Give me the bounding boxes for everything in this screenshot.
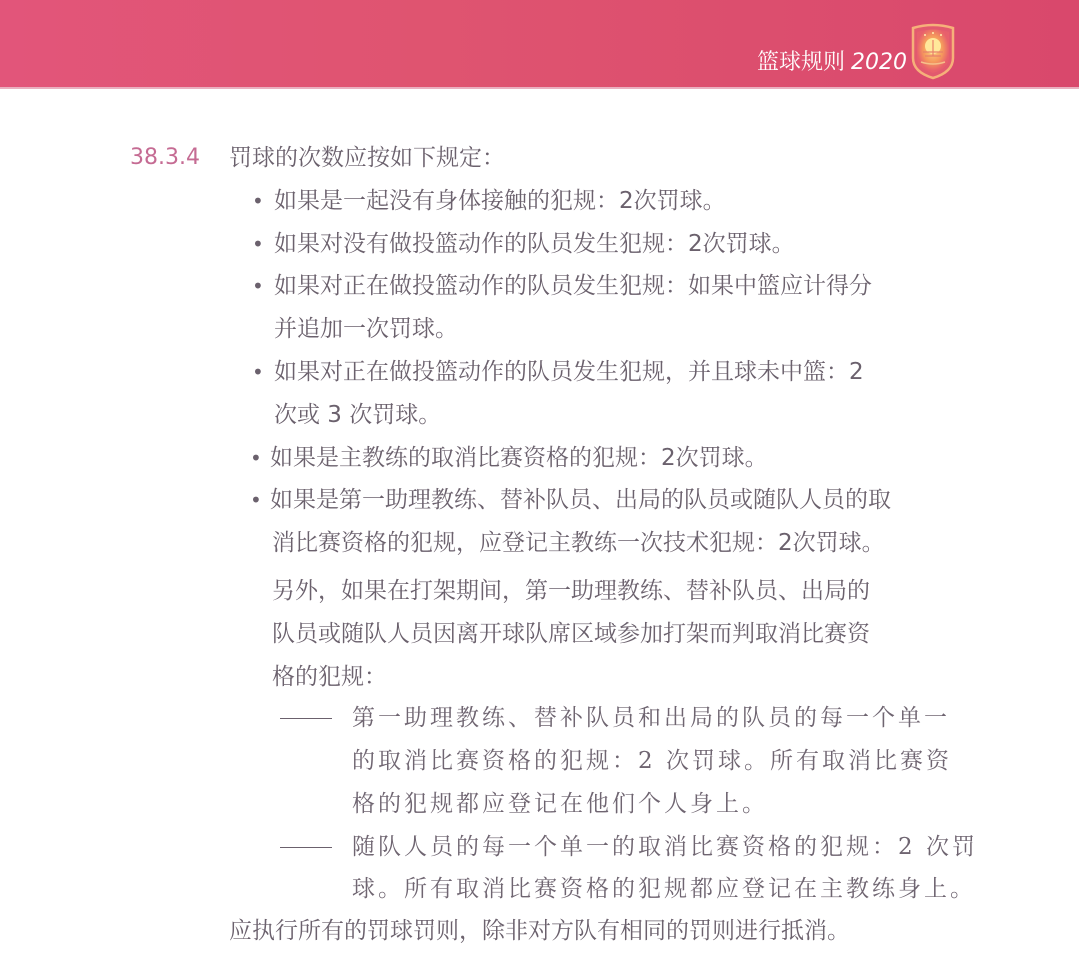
bullet-item-5-line-1: 如果是主教练的取消比赛资格的犯规：2次罚球。 [270, 443, 768, 473]
basketball-rules-badge-icon [909, 22, 957, 80]
bullet-item-4-line-2: 次或 3 次罚球。 [274, 400, 441, 430]
em-dash [280, 847, 332, 848]
book-title-text: 篮球规则 [757, 50, 845, 75]
bullet-item-6-line-1: 如果是第一助理教练、替补队员、出局的队员或随队人员的取 [270, 485, 891, 515]
dash-item-1-line-2: 的取消比赛资格的犯规：2 次罚球。所有取消比赛资 [352, 746, 952, 776]
bullet-item-2-line-1: 如果对没有做投篮动作的队员发生犯规：2次罚球。 [274, 229, 795, 259]
page-header: 篮球规则2020 [0, 0, 1079, 89]
additional-line-3: 格的犯规： [272, 662, 387, 692]
dash-item-1-line-1: 第一助理教练、替补队员和出局的队员的每一个单一 [352, 703, 950, 733]
bullet-dot: • [250, 443, 262, 473]
em-dash [280, 718, 332, 719]
dash-item-2-line-1: 随队人员的每一个单一的取消比赛资格的犯规：2 次罚 [352, 832, 978, 862]
additional-line-1: 另外，如果在打架期间，第一助理教练、替补队员、出局的 [272, 576, 870, 606]
bullet-item-1-line-1: 如果是一起没有身体接触的犯规：2次罚球。 [274, 186, 726, 216]
closing-sentence: 应执行所有的罚球罚则，除非对方队有相同的罚则进行抵消。 [229, 916, 850, 946]
bullet-dot: • [250, 485, 262, 515]
bullet-item-4-line-1: 如果对正在做投篮动作的队员发生犯规，并且球未中篮：2 [274, 357, 864, 387]
bullet-dot: • [252, 271, 264, 301]
book-title: 篮球规则2020 [757, 50, 907, 76]
bullet-item-6-line-2: 消比赛资格的犯规，应登记主教练一次技术犯规：2次罚球。 [272, 528, 885, 558]
bullet-item-3-line-2: 并追加一次罚球。 [274, 314, 458, 344]
bullet-dot: • [252, 229, 264, 259]
section-intro: 罚球的次数应按如下规定： [229, 143, 505, 173]
book-title-year: 2020 [851, 50, 907, 75]
bullet-dot: • [252, 357, 264, 387]
bullet-item-3-line-1: 如果对正在做投篮动作的队员发生犯规：如果中篮应计得分 [274, 271, 872, 301]
section-number: 38.3.4 [130, 143, 200, 173]
dash-item-2-line-2: 球。所有取消比赛资格的犯规都应登记在主教练身上。 [352, 874, 976, 904]
bullet-dot: • [252, 186, 264, 216]
dash-item-1-line-3: 格的犯规都应登记在他们个人身上。 [352, 789, 768, 819]
additional-line-2: 队员或随队人员因离开球队席区域参加打架而判取消比赛资 [272, 619, 870, 649]
